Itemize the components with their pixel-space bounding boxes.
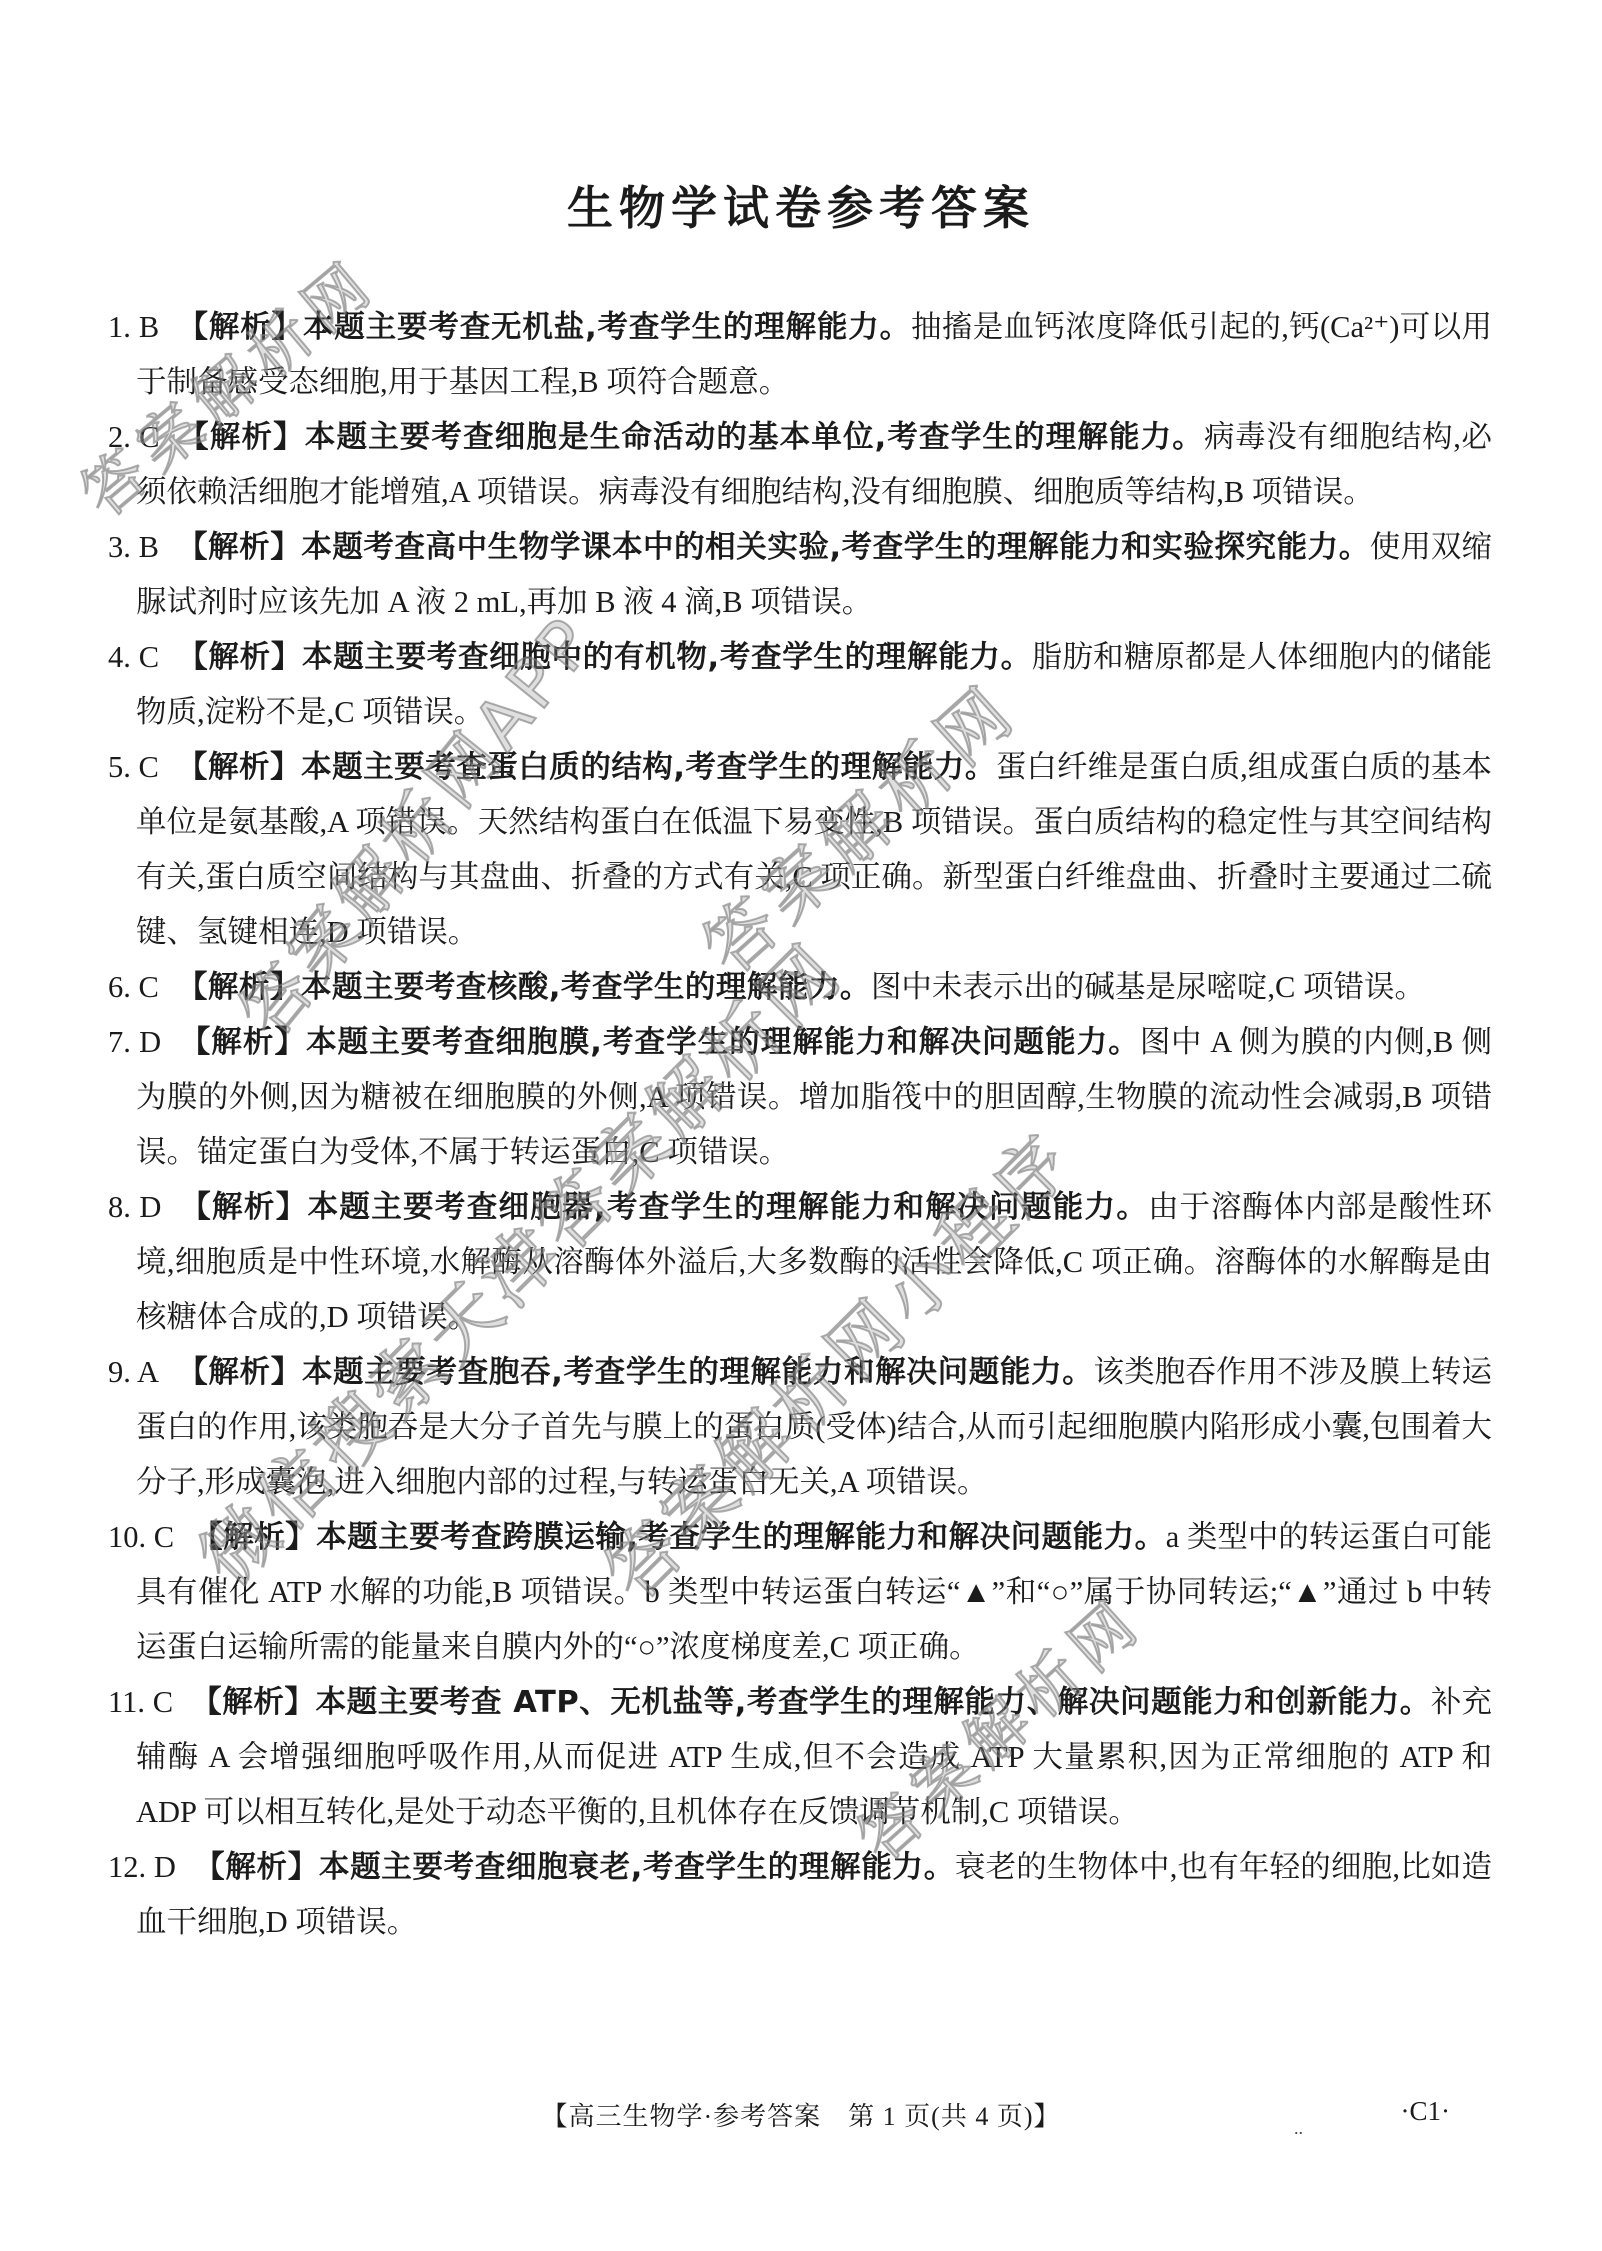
analysis-lead: 【解析】本题主要考查 ATP、无机盐等,考查学生的理解能力、解决问题能力和创新能… [191, 1685, 1431, 1720]
answer-number: 8. D [108, 1190, 179, 1224]
answer-number: 12. D [108, 1850, 194, 1884]
analysis-lead: 【解析】本题考查高中生物学课本中的相关实验,考查学生的理解能力和实验探究能力。 [177, 530, 1370, 565]
answer-item: 3. B【解析】本题考查高中生物学课本中的相关实验,考查学生的理解能力和实验探究… [108, 520, 1492, 630]
analysis-lead: 【解析】本题主要考查无机盐,考查学生的理解能力。 [177, 310, 911, 345]
answer-number: 5. C [108, 750, 177, 784]
analysis-lead: 【解析】本题主要考查蛋白质的结构,考查学生的理解能力。 [177, 750, 996, 785]
answer-item: 10. C【解析】本题主要考查跨膜运输,考查学生的理解能力和解决问题能力。a 类… [108, 1510, 1492, 1675]
answer-number: 11. C [108, 1685, 191, 1719]
answer-item: 8. D【解析】本题主要考查细胞器,考查学生的理解能力和解决问题能力。由于溶酶体… [108, 1180, 1492, 1345]
answer-item: 7. D【解析】本题主要考查细胞膜,考查学生的理解能力和解决问题能力。图中 A … [108, 1015, 1492, 1180]
answer-item: 4. C【解析】本题主要考查细胞中的有机物,考查学生的理解能力。脂肪和糖原都是人… [108, 630, 1492, 740]
answer-item: 11. C【解析】本题主要考查 ATP、无机盐等,考查学生的理解能力、解决问题能… [108, 1675, 1492, 1840]
answer-item: 6. C【解析】本题主要考查核酸,考查学生的理解能力。图中未表示出的碱基是尿嘧啶… [108, 960, 1492, 1015]
analysis-lead: 【解析】本题主要考查细胞是生命活动的基本单位,考查学生的理解能力。 [178, 420, 1204, 455]
analysis-lead: 【解析】本题主要考查核酸,考查学生的理解能力。 [177, 970, 871, 1005]
answer-number: 3. B [108, 530, 177, 564]
footer-paper-code: ·C1· [1401, 2096, 1451, 2127]
answers-list: 1. B【解析】本题主要考查无机盐,考查学生的理解能力。抽搐是血钙浓度降低引起的… [108, 300, 1492, 1950]
analysis-lead: 【解析】本题主要考查跨膜运输,考查学生的理解能力和解决问题能力。 [192, 1520, 1166, 1555]
answer-item: 2. C【解析】本题主要考查细胞是生命活动的基本单位,考查学生的理解能力。病毒没… [108, 410, 1492, 520]
answer-number: 6. C [108, 970, 177, 1004]
answer-number: 10. C [108, 1520, 192, 1554]
footer-page-info: 【高三生物学·参考答案 第 1 页(共 4 页)】 [0, 2096, 1602, 2133]
answer-number: 1. B [108, 310, 177, 344]
analysis-lead: 【解析】本题主要考查细胞膜,考查学生的理解能力和解决问题能力。 [179, 1025, 1140, 1060]
answer-item: 12. D【解析】本题主要考查细胞衰老,考查学生的理解能力。衰老的生物体中,也有… [108, 1840, 1492, 1950]
answer-number: 2. C [108, 420, 178, 454]
analysis-lead: 【解析】本题主要考查胞吞,考查学生的理解能力和解决问题能力。 [177, 1355, 1093, 1390]
analysis-lead: 【解析】本题主要考查细胞中的有机物,考查学生的理解能力。 [177, 640, 1032, 675]
page-title: 生物学试卷参考答案 [0, 172, 1602, 238]
answer-number: 9. A [108, 1355, 177, 1389]
analysis-lead: 【解析】本题主要考查细胞器,考查学生的理解能力和解决问题能力。 [179, 1190, 1148, 1225]
analysis-text: 图中未表示出的碱基是尿嘧啶,C 项错误。 [871, 970, 1425, 1004]
analysis-lead: 【解析】本题主要考查细胞衰老,考查学生的理解能力。 [194, 1850, 955, 1885]
answer-number: 4. C [108, 640, 177, 674]
footer-tiny-mark: .. [1294, 2118, 1303, 2139]
answer-number: 7. D [108, 1025, 179, 1059]
answer-item: 1. B【解析】本题主要考查无机盐,考查学生的理解能力。抽搐是血钙浓度降低引起的… [108, 300, 1492, 410]
answer-item: 5. C【解析】本题主要考查蛋白质的结构,考查学生的理解能力。蛋白纤维是蛋白质,… [108, 740, 1492, 960]
answer-sheet-page: 生物学试卷参考答案 答案解析网 答案解析网APP 答案解析网 微信搜索天津答案解… [0, 0, 1602, 2251]
answer-item: 9. A【解析】本题主要考查胞吞,考查学生的理解能力和解决问题能力。该类胞吞作用… [108, 1345, 1492, 1510]
